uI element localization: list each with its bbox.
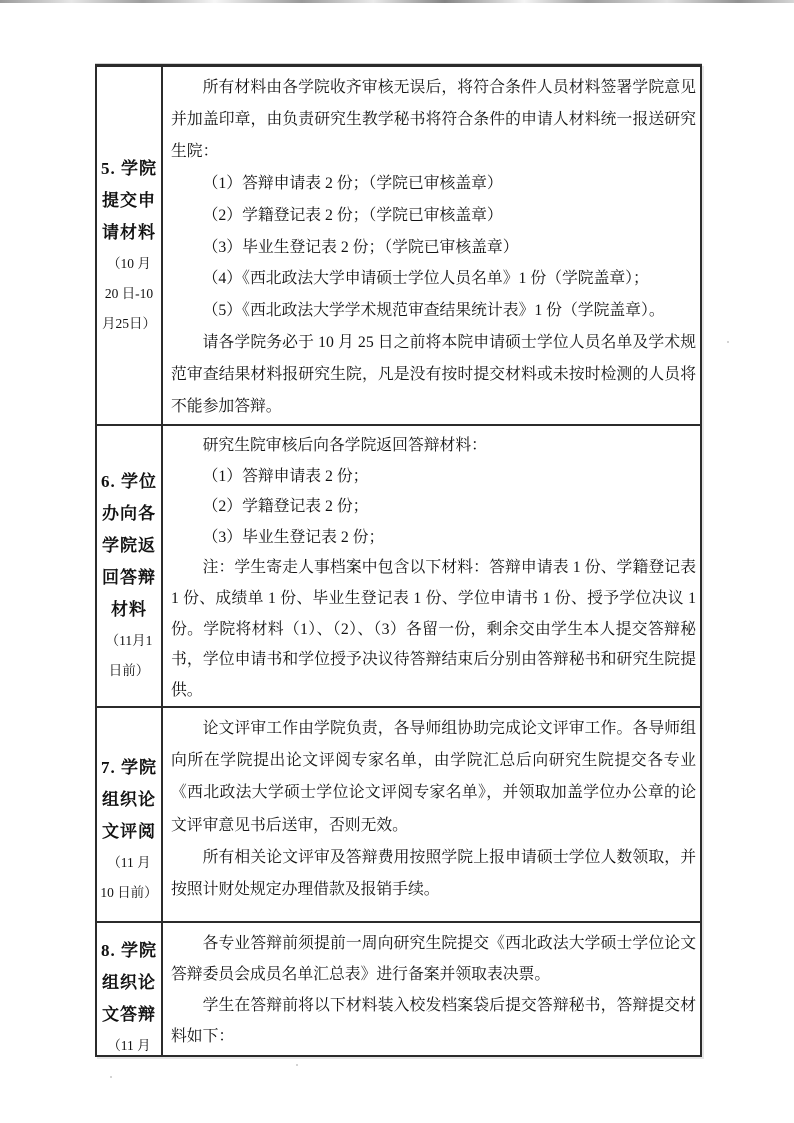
row-6-content: 研究生院审核后向各学院返回答辩材料： （1）答辩申请表 2 份； （2）学籍登记… — [163, 426, 700, 706]
row-5-step-line: 请材料 — [102, 217, 156, 249]
row-6-step-line: 回答辩 — [102, 562, 156, 594]
row-8-date-line: （11 月 — [107, 1031, 150, 1055]
row-7-date-line: （11 月 — [107, 848, 150, 878]
row-6-date-line: （11月1 — [106, 626, 153, 656]
scan-noise-speck — [727, 341, 729, 343]
row-5-step-line: 提交申 — [102, 185, 156, 217]
row-8-content: 各专业答辩前须提前一周向研究生院提交《西北政法大学硕士学位论文答辩委员会成员名单… — [163, 923, 700, 1055]
row-5-date-line: 月25日） — [102, 309, 156, 339]
paragraph: 各专业答辩前须提前一周向研究生院提交《西北政法大学硕士学位论文答辩委员会成员名单… — [171, 928, 696, 990]
row-5-step-line: 5. 学院 — [101, 153, 157, 185]
row-5-date-line: （10 月 — [107, 249, 151, 279]
row-7-header: 7. 学院 组织论 文评阅 （11 月 10 日前） — [97, 708, 163, 921]
scanned-document-page: { "colors":{"text":"#131313","border":"#… — [0, 0, 794, 1123]
row-6-step-line: 材料 — [111, 594, 147, 626]
row-7-date-line: 10 日前） — [100, 878, 157, 908]
row-6-step-line: 办向各 — [102, 498, 156, 530]
scan-edge-artifact — [0, 0, 794, 3]
scan-noise-speck — [296, 1064, 298, 1066]
row-6-header: 6. 学位 办向各 学院返 回答辩 材料 （11月1 日前） — [97, 426, 163, 706]
list-item: （1）答辩申请表 2 份；（学院已审核盖章） — [171, 168, 696, 200]
list-item: （3）毕业生登记表 2 份；（学院已审核盖章） — [171, 232, 696, 264]
row-7-step-line: 组织论 — [102, 784, 156, 816]
row-6-date-line: 日前） — [109, 656, 150, 686]
paragraph: 论文评审工作由学院负责，各导师组协助完成论文评审工作。各导师组向所在学院提出论文… — [171, 713, 696, 842]
row-5-date-line: 20 日-10 — [105, 279, 153, 309]
list-item: （3）毕业生登记表 2 份； — [171, 523, 696, 554]
list-item: （2）学籍登记表 2 份；（学院已审核盖章） — [171, 200, 696, 232]
row-7-content: 论文评审工作由学院负责，各导师组协助完成论文评审工作。各导师组向所在学院提出论文… — [163, 708, 700, 921]
note-paragraph: 注：学生寄走人事档案中包含以下材料：答辩申请表 1 份、学籍登记表 1 份、成绩… — [171, 553, 696, 706]
list-item: （4）《西北政法大学申请硕士学位人员名单》1 份（学院盖章）； — [171, 263, 696, 295]
procedure-table: 5. 学院 提交申 请材料 （10 月 20 日-10 月25日） 所有材料由各… — [95, 64, 702, 1057]
row-8-step-line: 文答辩 — [102, 999, 156, 1031]
row-7-step-line: 文评阅 — [102, 816, 156, 848]
paragraph: 研究生院审核后向各学院返回答辩材料： — [171, 431, 696, 462]
row-8-step-line: 组织论 — [102, 967, 156, 999]
table-row-step-5: 5. 学院 提交申 请材料 （10 月 20 日-10 月25日） 所有材料由各… — [97, 67, 700, 426]
row-5-header: 5. 学院 提交申 请材料 （10 月 20 日-10 月25日） — [97, 67, 163, 424]
table-row-step-6: 6. 学位 办向各 学院返 回答辩 材料 （11月1 日前） 研究生院审核后向各… — [97, 426, 700, 708]
list-item: （2）学籍登记表 2 份； — [171, 492, 696, 523]
list-item: （1）答辩申请表 2 份； — [171, 462, 696, 493]
scan-noise-speck — [110, 1076, 112, 1078]
row-6-step-line: 学院返 — [102, 530, 156, 562]
table-row-step-7: 7. 学院 组织论 文评阅 （11 月 10 日前） 论文评审工作由学院负责，各… — [97, 708, 700, 923]
paragraph: 所有材料由各学院收齐审核无误后，将符合条件人员材料签署学院意见并加盖印章，由负责… — [171, 72, 696, 168]
paragraph: 请各学院务必于 10 月 25 日之前将本院申请硕士学位人员名单及学术规范审查结… — [171, 327, 696, 423]
row-6-step-line: 6. 学位 — [101, 466, 157, 498]
row-8-step-line: 8. 学院 — [101, 935, 157, 967]
row-8-header: 8. 学院 组织论 文答辩 （11 月 — [97, 923, 163, 1055]
paragraph: 所有相关论文评审及答辩费用按照学院上报申请硕士学位人数领取，并按照计财处规定办理… — [171, 842, 696, 906]
paragraph: 学生在答辩前将以下材料装入校发档案袋后提交答辩秘书，答辩提交材料如下： — [171, 990, 696, 1052]
row-7-step-line: 7. 学院 — [101, 752, 157, 784]
list-item: （5）《西北政法大学学术规范审查结果统计表》1 份（学院盖章）。 — [171, 295, 696, 327]
row-5-content: 所有材料由各学院收齐审核无误后，将符合条件人员材料签署学院意见并加盖印章，由负责… — [163, 67, 700, 424]
table-row-step-8: 8. 学院 组织论 文答辩 （11 月 各专业答辩前须提前一周向研究生院提交《西… — [97, 923, 700, 1055]
